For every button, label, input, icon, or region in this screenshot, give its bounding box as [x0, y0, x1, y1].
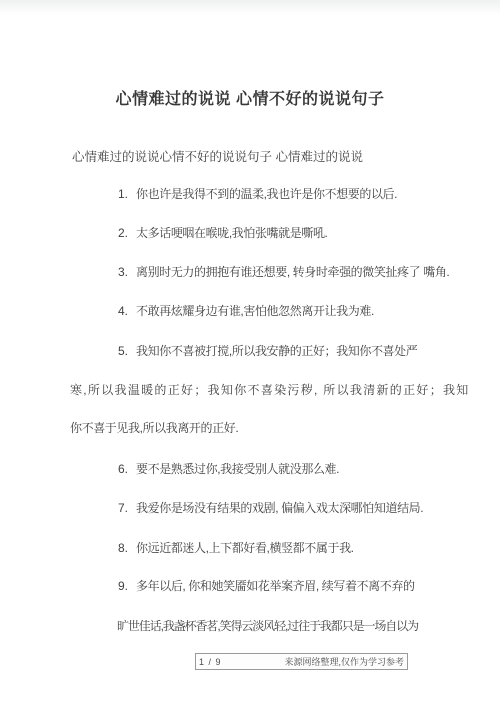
list-item-continuation: 你不喜于见我,所以我离开的正好.: [0, 420, 500, 436]
list-item-text: 我爱你是场没有结果的戏剧, 偏偏入戏太深哪怕知道结局.: [136, 501, 423, 515]
list-item: 5.我知你不喜被打搅,所以我安静的正好；我知你不喜处严: [0, 343, 500, 359]
list-item: 4.不敢再炫耀身边有谁,害怕他忽然离开让我为难.: [0, 303, 500, 319]
list-item: 6.要不是熟悉过你,我接受别人就没那么难.: [0, 461, 500, 477]
document-page: 心情难过的说说 心情不好的说说句子 心情难过的说说心情不好的说说句子 心情难过的…: [0, 0, 500, 708]
list-item-number: 9.: [118, 578, 128, 594]
page-footer: 1 / 9 来源网络整理,仅作为学习参考: [195, 653, 408, 670]
page-title: 心情难过的说说 心情不好的说说句子: [0, 86, 500, 109]
list-item-number: 2.: [118, 225, 128, 241]
list-item: 3.离别时无力的拥抱有谁还想要, 转身时牵强的微笑扯疼了 嘴角.: [0, 264, 500, 280]
list-item: 9.多年以后, 你和她笑靥如花举案齐眉, 续写着不离不弃的: [0, 578, 500, 594]
list-item-continuation: 寒,所以我温暖的正好；我知你不喜染污秽, 所以我清新的正好；我知: [0, 382, 500, 398]
page-subtitle: 心情难过的说说心情不好的说说句子 心情难过的说说: [72, 147, 363, 165]
list-item-text: 太多话哽咽在喉咙,我怕张嘴就是嘶吼.: [136, 226, 327, 240]
list-item: 8.你远近都迷人,上下都好看,横竖都不属于我.: [0, 540, 500, 556]
list-item-number: 7.: [118, 500, 128, 516]
list-item-text: 我知你不喜被打搅,所以我安静的正好；我知你不喜处严: [136, 344, 417, 358]
list-item-text: 离别时无力的拥抱有谁还想要, 转身时牵强的微笑扯疼了 嘴角.: [136, 265, 449, 279]
list-item: 2.太多话哽咽在喉咙,我怕张嘴就是嘶吼.: [0, 225, 500, 241]
list-item: 7.我爱你是场没有结果的戏剧, 偏偏入戏太深哪怕知道结局.: [0, 500, 500, 516]
list-item-number: 3.: [118, 264, 128, 280]
list-item-number: 1.: [118, 186, 128, 202]
list-item-text: 多年以后, 你和她笑靥如花举案齐眉, 续写着不离不弃的: [136, 579, 415, 593]
list-item-text: 你也许是我得不到的温柔,我也许是你不想要的以后.: [136, 187, 397, 201]
list-item-number: 5.: [118, 343, 128, 359]
list-item-text: 要不是熟悉过你,我接受别人就没那么难.: [136, 462, 339, 476]
list-item: 1.你也许是我得不到的温柔,我也许是你不想要的以后.: [0, 186, 500, 202]
list-item-continuation: 旷世佳话,我盏杯香茗,笑得云淡风轻,过往于我都只是一场自以为: [0, 618, 500, 634]
list-item-number: 8.: [118, 540, 128, 556]
list-item-text: 你远近都迷人,上下都好看,横竖都不属于我.: [136, 541, 354, 555]
page-number-indicator: 1 / 9: [199, 657, 222, 667]
source-note: 来源网络整理,仅作为学习参考: [284, 655, 404, 668]
list-item-text: 不敢再炫耀身边有谁,害怕他忽然离开让我为难.: [136, 304, 374, 318]
list-item-number: 6.: [118, 461, 128, 477]
list-item-number: 4.: [118, 303, 128, 319]
